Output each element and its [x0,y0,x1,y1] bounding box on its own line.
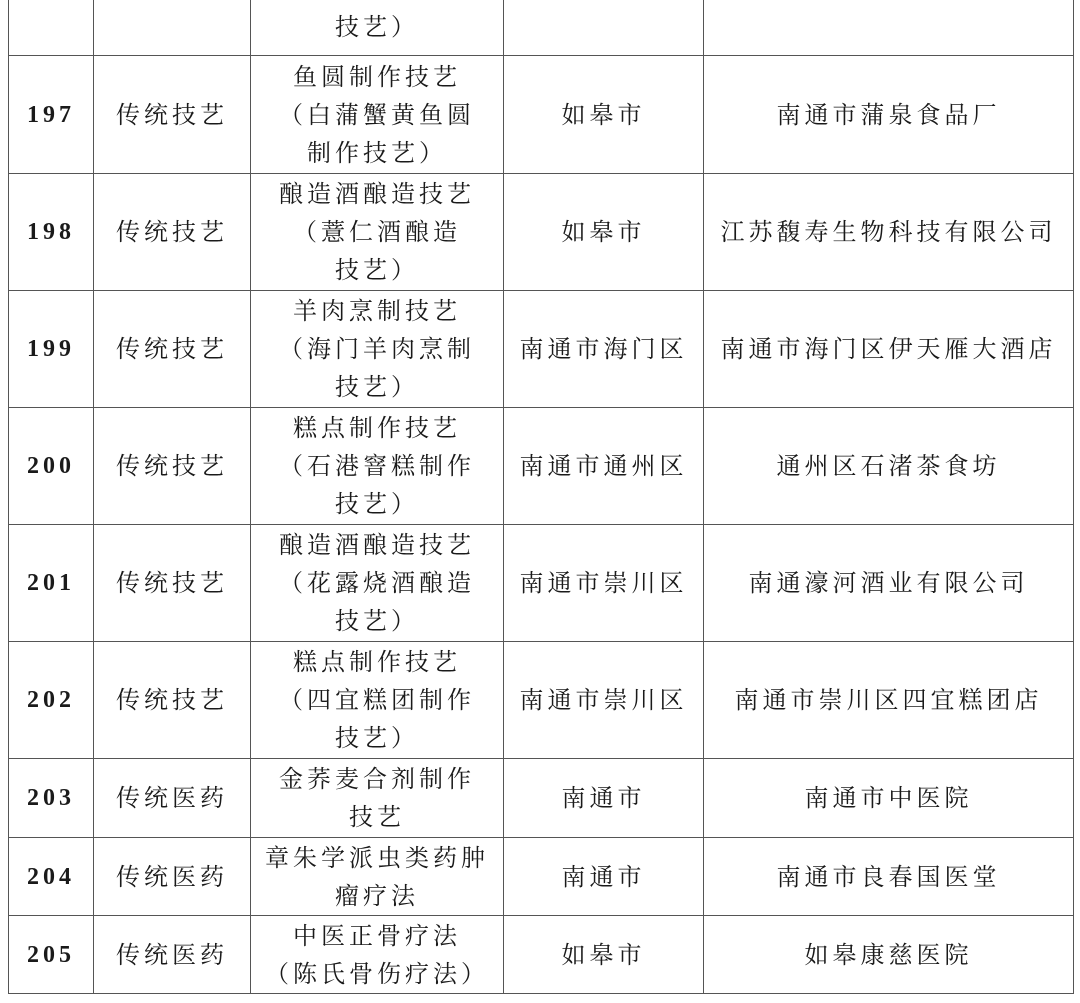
heritage-list-table: 技艺） 197 传统技艺 鱼圆制作技艺 （白蒲蟹黄鱼圆 制作技艺） 如皋市 南通… [8,0,1074,994]
region-cell [504,0,704,56]
unit-cell: 如皋康慈医院 [704,916,1074,994]
project-line: 技艺） [251,719,503,757]
project-line: （薏仁酒酿造 [251,213,503,251]
project-line: 瘤疗法 [251,877,503,915]
unit-cell: 通州区石渚茶食坊 [704,408,1074,525]
category-cell: 传统技艺 [94,642,251,759]
table-row: 197 传统技艺 鱼圆制作技艺 （白蒲蟹黄鱼圆 制作技艺） 如皋市 南通市蒲泉食… [9,56,1074,174]
table-row: 201 传统技艺 酿造酒酿造技艺 （花露烧酒酿造 技艺） 南通市崇川区 南通濠河… [9,525,1074,642]
unit-cell: 南通市良春国医堂 [704,838,1074,916]
project-cell: 金荞麦合剂制作 技艺 [251,759,504,838]
region-cell: 如皋市 [504,174,704,291]
unit-cell [704,0,1074,56]
region-cell: 南通市崇川区 [504,525,704,642]
project-line: 技艺） [251,485,503,523]
table-row: 200 传统技艺 糕点制作技艺 （石港窨糕制作 技艺） 南通市通州区 通州区石渚… [9,408,1074,525]
number-cell: 204 [9,838,94,916]
project-line: 糕点制作技艺 [251,643,503,681]
region-cell: 南通市 [504,759,704,838]
project-line: 酿造酒酿造技艺 [251,526,503,564]
project-cell: 技艺） [251,0,504,56]
table-row: 204 传统医药 章朱学派虫类药肿 瘤疗法 南通市 南通市良春国医堂 [9,838,1074,916]
project-line: 羊肉烹制技艺 [251,292,503,330]
project-cell: 鱼圆制作技艺 （白蒲蟹黄鱼圆 制作技艺） [251,56,504,174]
category-cell: 传统医药 [94,916,251,994]
number-cell: 197 [9,56,94,174]
table-row: 205 传统医药 中医正骨疗法 （陈氏骨伤疗法） 如皋市 如皋康慈医院 [9,916,1074,994]
table-row: 203 传统医药 金荞麦合剂制作 技艺 南通市 南通市中医院 [9,759,1074,838]
region-cell: 南通市 [504,838,704,916]
number-cell: 205 [9,916,94,994]
project-line: 章朱学派虫类药肿 [251,839,503,877]
number-cell: 203 [9,759,94,838]
category-cell: 传统技艺 [94,291,251,408]
project-line: （白蒲蟹黄鱼圆 [251,96,503,134]
region-cell: 南通市崇川区 [504,642,704,759]
number-cell [9,0,94,56]
number-cell: 199 [9,291,94,408]
category-cell [94,0,251,56]
project-cell: 章朱学派虫类药肿 瘤疗法 [251,838,504,916]
unit-cell: 南通市海门区伊天雁大酒店 [704,291,1074,408]
project-cell: 中医正骨疗法 （陈氏骨伤疗法） [251,916,504,994]
unit-cell: 南通市崇川区四宜糕团店 [704,642,1074,759]
project-line: （陈氏骨伤疗法） [251,955,503,993]
region-cell: 如皋市 [504,56,704,174]
unit-cell: 江苏馥寿生物科技有限公司 [704,174,1074,291]
category-cell: 传统技艺 [94,408,251,525]
category-cell: 传统医药 [94,838,251,916]
project-line: 技艺） [251,368,503,406]
project-line: 制作技艺） [251,134,503,172]
unit-cell: 南通市蒲泉食品厂 [704,56,1074,174]
table-row: 202 传统技艺 糕点制作技艺 （四宜糕团制作 技艺） 南通市崇川区 南通市崇川… [9,642,1074,759]
category-cell: 传统技艺 [94,174,251,291]
project-line: （海门羊肉烹制 [251,330,503,368]
project-cell: 酿造酒酿造技艺 （花露烧酒酿造 技艺） [251,525,504,642]
category-cell: 传统技艺 [94,525,251,642]
number-cell: 198 [9,174,94,291]
project-line: 酿造酒酿造技艺 [251,175,503,213]
number-cell: 201 [9,525,94,642]
project-line: 糕点制作技艺 [251,409,503,447]
project-line: 鱼圆制作技艺 [251,58,503,96]
project-line: 技艺） [251,602,503,640]
project-cell: 糕点制作技艺 （石港窨糕制作 技艺） [251,408,504,525]
region-cell: 南通市通州区 [504,408,704,525]
project-cell: 糕点制作技艺 （四宜糕团制作 技艺） [251,642,504,759]
number-cell: 202 [9,642,94,759]
table-row: 199 传统技艺 羊肉烹制技艺 （海门羊肉烹制 技艺） 南通市海门区 南通市海门… [9,291,1074,408]
number-cell: 200 [9,408,94,525]
project-line: 金荞麦合剂制作 [251,760,503,798]
project-line: 技艺） [251,251,503,289]
unit-cell: 南通市中医院 [704,759,1074,838]
category-cell: 传统技艺 [94,56,251,174]
unit-cell: 南通濠河酒业有限公司 [704,525,1074,642]
project-line: （花露烧酒酿造 [251,564,503,602]
project-line: 技艺 [251,798,503,836]
project-line: 中医正骨疗法 [251,917,503,955]
project-line: （石港窨糕制作 [251,447,503,485]
category-cell: 传统医药 [94,759,251,838]
region-cell: 南通市海门区 [504,291,704,408]
project-cell: 酿造酒酿造技艺 （薏仁酒酿造 技艺） [251,174,504,291]
project-cell: 羊肉烹制技艺 （海门羊肉烹制 技艺） [251,291,504,408]
table-row-continuation: 技艺） [9,0,1074,56]
project-line: （四宜糕团制作 [251,681,503,719]
region-cell: 如皋市 [504,916,704,994]
table-row: 198 传统技艺 酿造酒酿造技艺 （薏仁酒酿造 技艺） 如皋市 江苏馥寿生物科技… [9,174,1074,291]
project-line: 技艺） [251,8,503,46]
